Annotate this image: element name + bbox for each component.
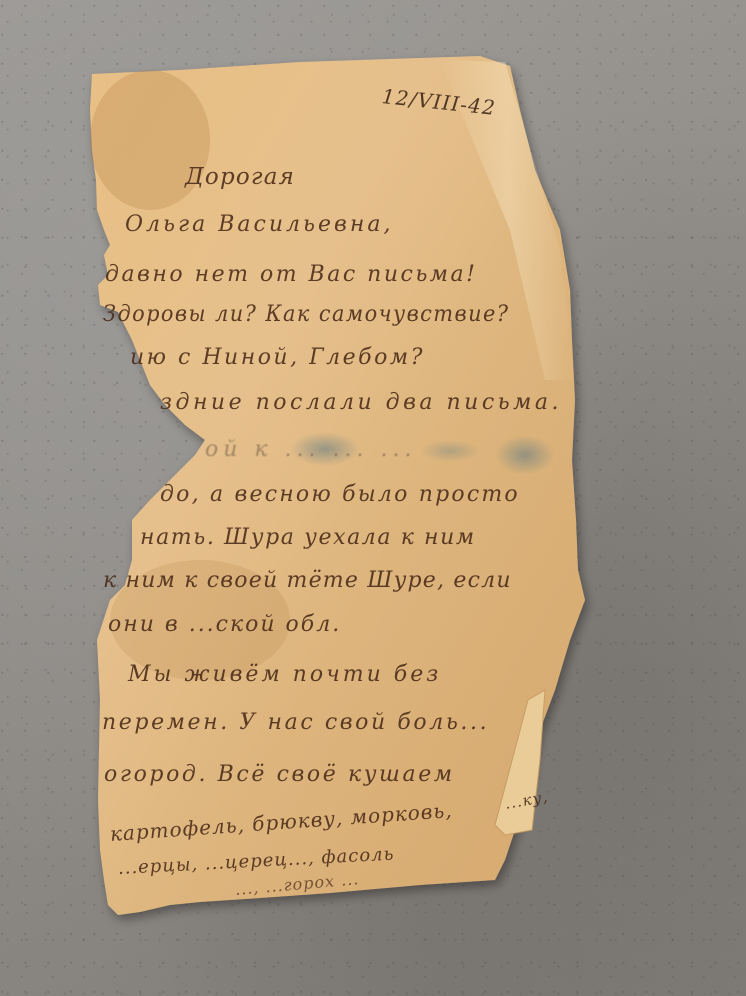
letter-greeting: Дорогая (185, 164, 295, 190)
letter-line: огород. Всё своё кушаем (104, 762, 455, 787)
letter-line: к ним к своей тёте Шуре, если (103, 568, 512, 593)
letter-line: здние послали два письма. (160, 390, 562, 415)
letter-line: Мы живём почти без (128, 662, 441, 687)
water-stain (420, 440, 480, 462)
letter-line: нать. Шура уехала к ним (140, 525, 476, 550)
letter-line-faded: ой к ... ... ... (205, 437, 416, 462)
letter-line: давно нет от Вас письма! (105, 262, 478, 287)
letter-addressee: Ольга Васильевна, (125, 212, 393, 237)
torn-letter: 12/VIII-42 Дорогая Ольга Васильевна, дав… (0, 0, 746, 996)
letter-line: они в ...ской обл. (108, 612, 341, 637)
letter-line: до, а весною было просто (160, 482, 520, 507)
letter-line: перемен. У нас свой боль... (102, 710, 489, 735)
letter-line: Здоровы ли? Как самочувствие? (103, 302, 509, 327)
water-stain (495, 435, 555, 475)
letter-line: ию с Ниной, Глебом? (130, 345, 425, 370)
